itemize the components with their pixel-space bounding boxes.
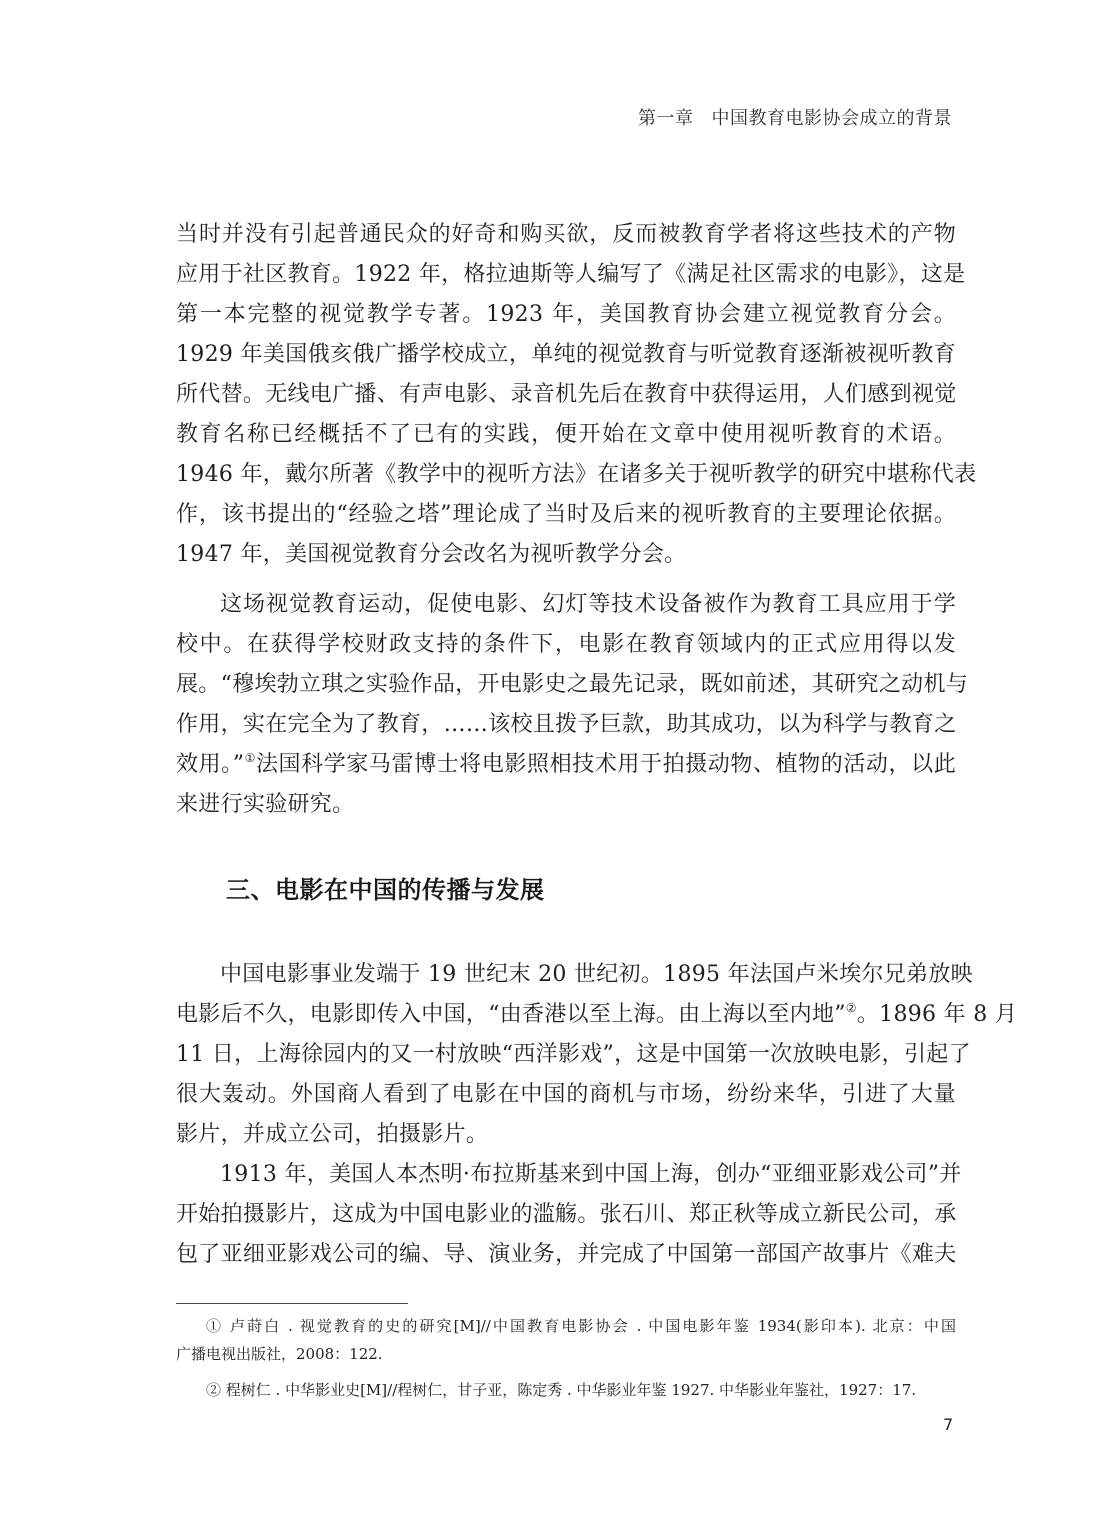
paragraph-visual-education-movement: 这场视觉教育运动，促使电影、幻灯等技术设备被作为教育工具应用于学 校中。在获得学… <box>176 585 956 825</box>
text-line: 1929 年美国俄亥俄广播学校成立，单纯的视觉教育与听觉教育逐渐被视听教育 <box>176 335 956 375</box>
text-line: 当时并没有引起普通民众的好奇和购买欲，反而被教育学者将这些技术的产物 <box>176 215 956 255</box>
running-header: 第一章中国教育电影协会成立的背景 <box>638 104 952 130</box>
text-line-with-footnote: 电影后不久，电影即传入中国，“由香港以至上海。由上海以至内地”②。1896 年 … <box>176 995 956 1035</box>
text-line: 应用于社区教育。1922 年，格拉迪斯等人编写了《满足社区需求的电影》，这是 <box>176 255 956 295</box>
text-line: 影片，并成立公司，拍摄影片。 <box>176 1115 956 1155</box>
text-line: 所代替。无线电广播、有声电影、录音机先后在教育中获得运用，人们感到视觉 <box>176 375 956 415</box>
text-line: 教育名称已经概括不了已有的实践，便开始在文章中使用视听教育的术语。 <box>176 415 956 455</box>
text-line: 展。“穆埃勃立琪之实验作品，开电影史之最先记录，既如前述，其研究之动机与 <box>176 665 956 705</box>
text-line: 校中。在获得学校财政支持的条件下，电影在教育领域内的正式应用得以发 <box>176 625 956 665</box>
text-segment: 法国科学家马雷博士将电影照相技术用于拍摄动物、植物的活动，以此 <box>256 752 956 777</box>
footnote-2-line: ② 程树仁 . 中华影业史[M]//程树仁，甘子亚，陈定秀 . 中华影业年鉴 1… <box>176 1376 956 1404</box>
text-line: 作用，实在完全为了教育，……该校且拨予巨款，助其成功，以为科学与教育之 <box>176 705 956 745</box>
text-line: 第一本完整的视觉教学专著。1923 年，美国教育协会建立视觉教育分会。 <box>176 295 956 335</box>
text-line: 很大轰动。外国商人看到了电影在中国的商机与市场，纷纷来华，引进了大量 <box>176 1075 956 1115</box>
text-line: 包了亚细亚影戏公司的编、导、演业务，并完成了中国第一部国产故事片《难夫 <box>176 1235 956 1275</box>
text-line: 这场视觉教育运动，促使电影、幻灯等技术设备被作为教育工具应用于学 <box>176 585 956 625</box>
text-line: 1913 年，美国人本杰明·布拉斯基来到中国上海，创办“亚细亚影戏公司”并 <box>176 1155 956 1195</box>
text-segment: 电影后不久，电影即传入中国，“由香港以至上海。由上海以至内地” <box>176 1002 846 1027</box>
text-line: 11 日，上海徐园内的又一村放映“西洋影戏”，这是中国第一次放映电影，引起了 <box>176 1035 956 1075</box>
footnote-1-line: 广播电视出版社，2008：122. <box>176 1340 956 1368</box>
text-line: 开始拍摄影片，这成为中国电影业的滥觞。张石川、郑正秋等成立新民公司，承 <box>176 1195 956 1235</box>
paragraph-asia-film-company: 1913 年，美国人本杰明·布拉斯基来到中国上海，创办“亚细亚影戏公司”并 开始… <box>176 1155 956 1275</box>
paragraph-film-in-china: 中国电影事业发端于 19 世纪末 20 世纪初。1895 年法国卢米埃尔兄弟放映… <box>176 955 956 1155</box>
text-line: 作，该书提出的“经验之塔”理论成了当时及后来的视听教育的主要理论依据。 <box>176 495 956 535</box>
footnotes: ① 卢莳白 . 视觉教育的史的研究[M]//中国教育电影协会 . 中国电影年鉴 … <box>176 1312 956 1404</box>
footnote-ref-2[interactable]: ② <box>846 1001 857 1015</box>
chapter-number: 第一章 <box>638 108 694 129</box>
text-line: 中国电影事业发端于 19 世纪末 20 世纪初。1895 年法国卢米埃尔兄弟放映 <box>176 955 956 995</box>
footnote-1-line: ① 卢莳白 . 视觉教育的史的研究[M]//中国教育电影协会 . 中国电影年鉴 … <box>176 1312 956 1340</box>
section-heading: 三、电影在中国的传播与发展 <box>226 870 545 905</box>
text-segment: 。1896 年 8 月 <box>857 1002 1017 1027</box>
footnote-ref-1[interactable]: ① <box>244 751 256 765</box>
text-line-with-footnote: 效用。”①法国科学家马雷博士将电影照相技术用于拍摄动物、植物的活动，以此 <box>176 745 956 785</box>
text-line: 来进行实验研究。 <box>176 785 956 825</box>
text-line: 1946 年，戴尔所著《教学中的视听方法》在诸多关于视听教学的研究中堪称代表 <box>176 455 956 495</box>
text-line: 1947 年，美国视觉教育分会改名为视听教学分会。 <box>176 535 956 575</box>
footnote-divider <box>176 1303 408 1304</box>
chapter-title: 中国教育电影协会成立的背景 <box>712 108 953 129</box>
paragraph-visual-education-history: 当时并没有引起普通民众的好奇和购买欲，反而被教育学者将这些技术的产物 应用于社区… <box>176 215 956 575</box>
text-segment: 效用。” <box>176 752 244 777</box>
page-number: 7 <box>943 1415 953 1434</box>
